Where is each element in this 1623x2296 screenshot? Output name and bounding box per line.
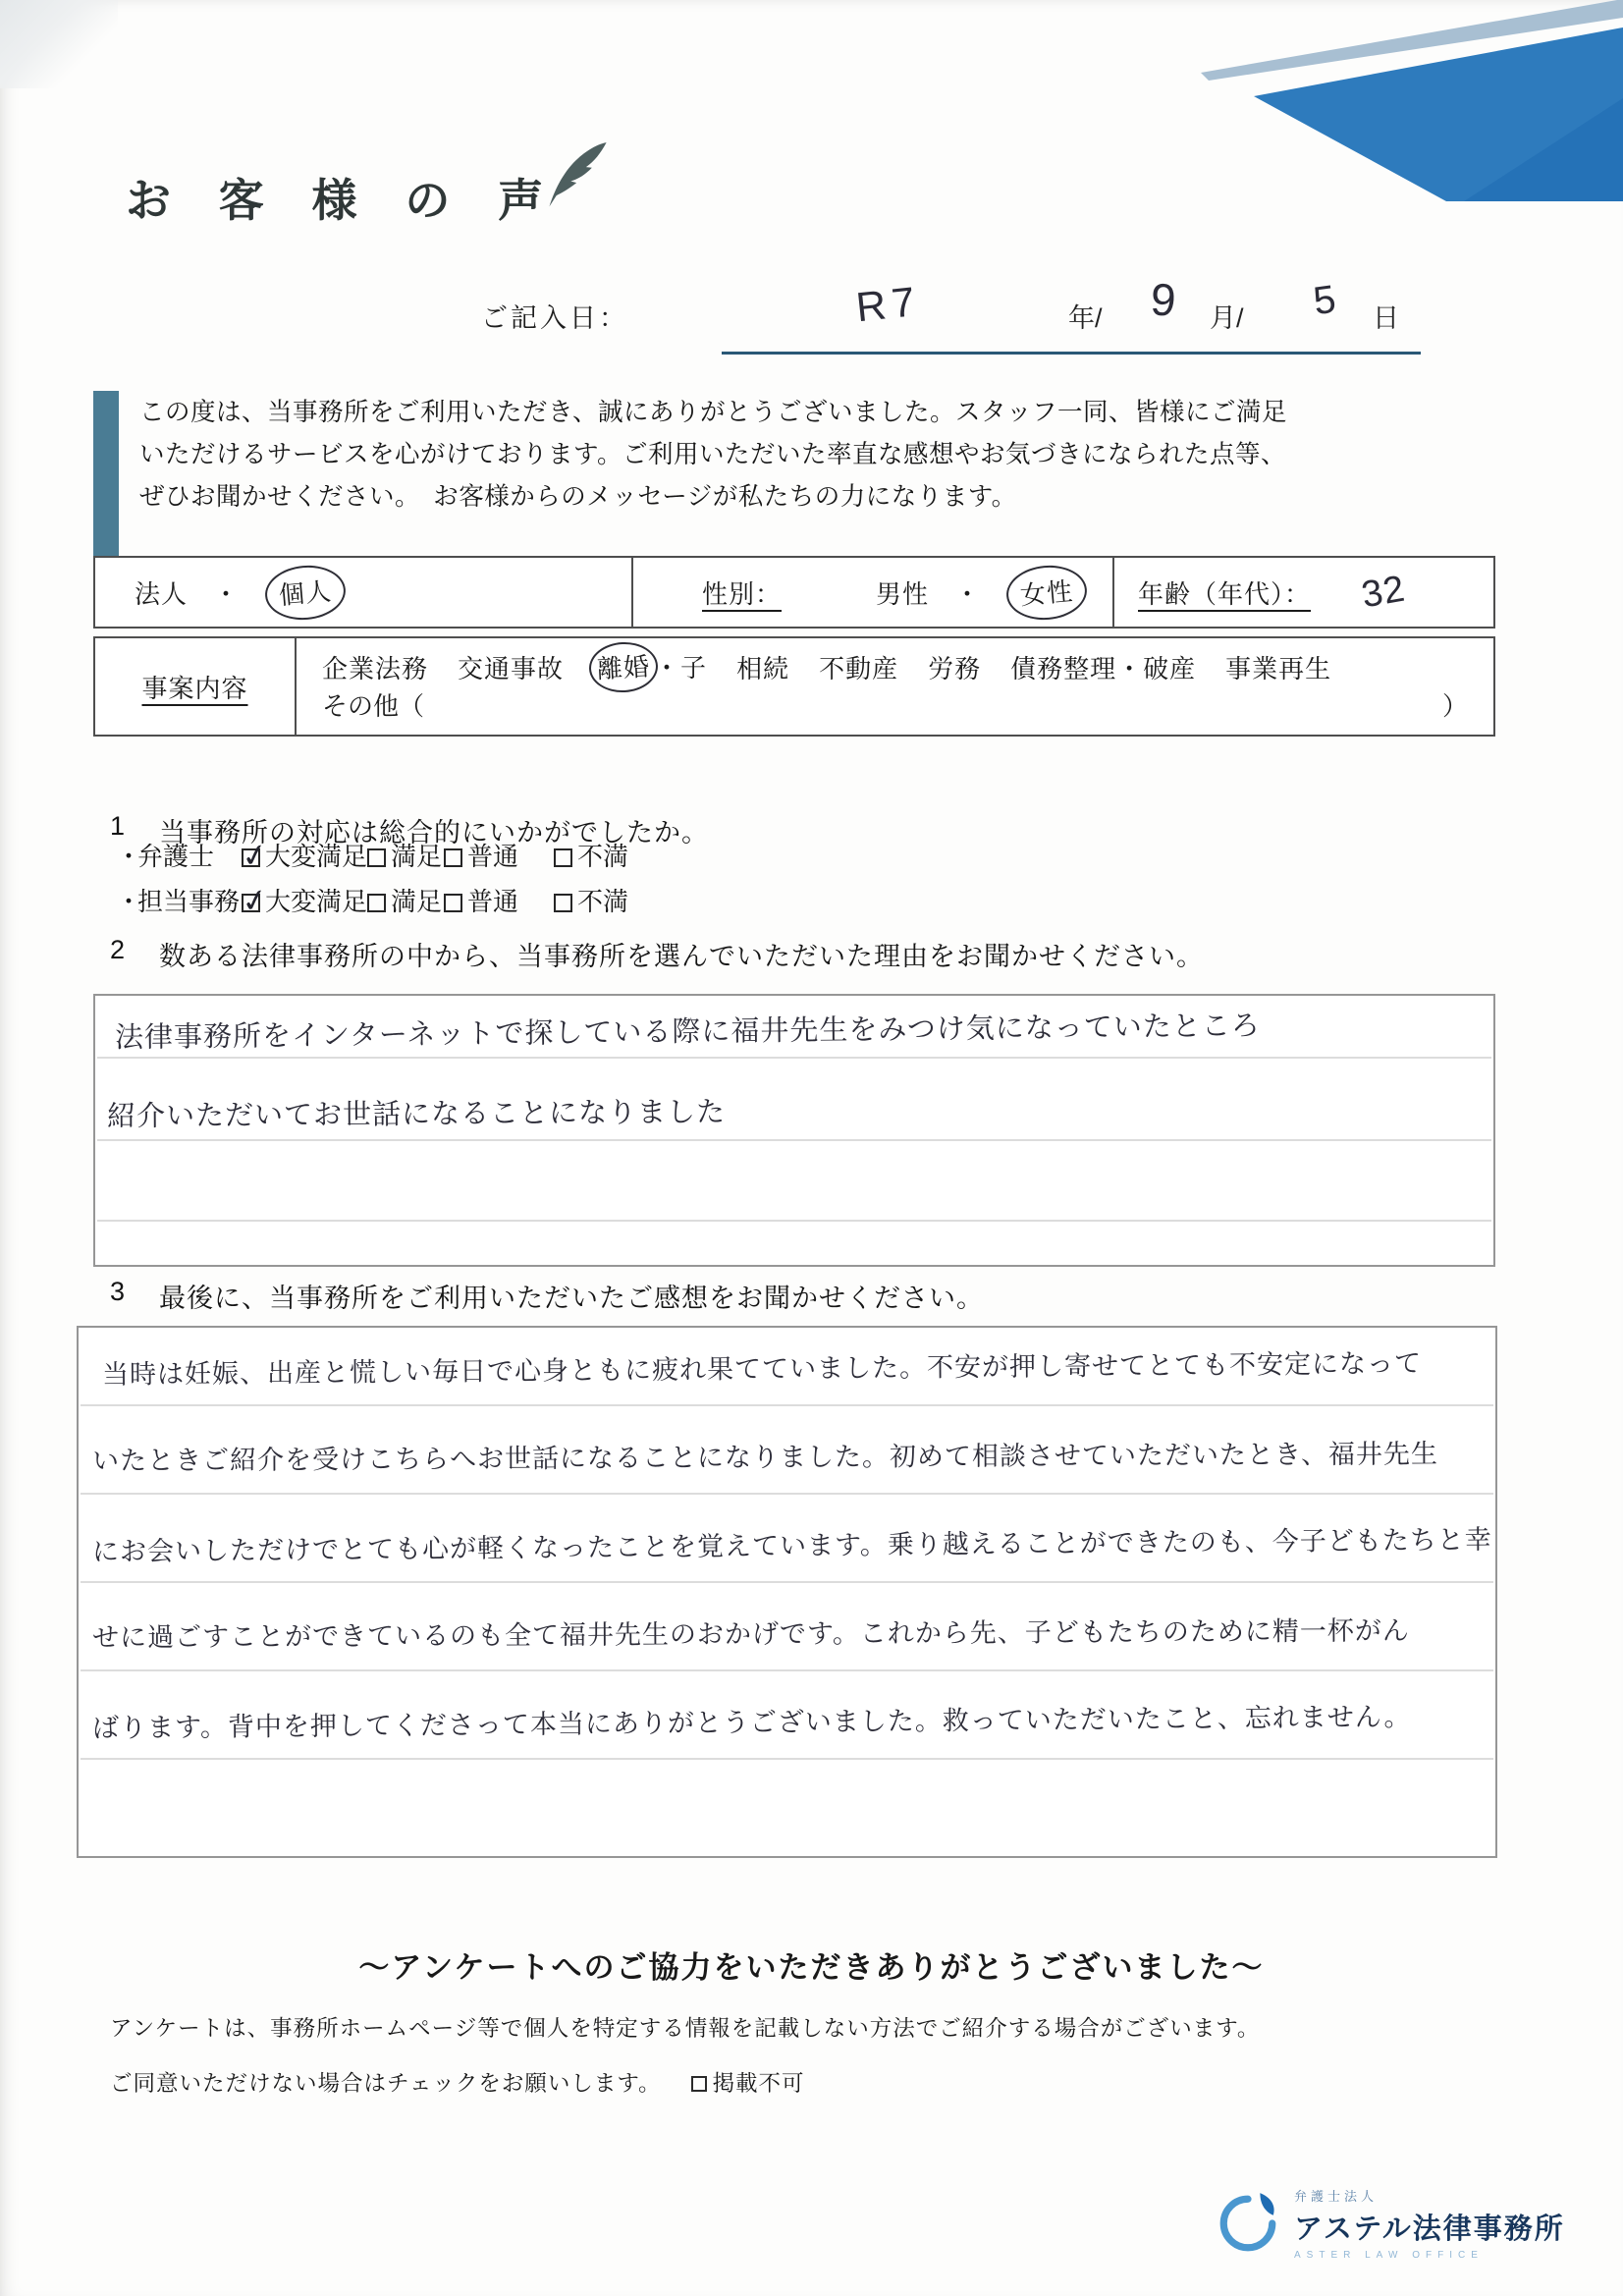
q2-text: 数ある法律事務所の中から、当事務所を選んでいただいた理由をお聞かせください。	[159, 935, 1204, 973]
q1-option: 不満	[554, 837, 711, 873]
gender-cell: 性別： 男性 ・ 女性	[633, 558, 1114, 627]
consent-note-text: ご同意いただけない場合はチェックをお願いします。	[110, 2071, 662, 2096]
profile-row-1: 法人 ・ 個人 性別： 男性 ・ 女性 年齢（年代）： 32	[93, 556, 1495, 629]
scan-smudge	[0, 0, 118, 88]
q1-row-staff: ・ 担当事務 大変満足 満足 普通 不満	[116, 882, 711, 918]
case-label-cell: 事案内容	[95, 638, 297, 735]
firm-name: アステル法律事務所	[1294, 2207, 1565, 2247]
gender-option-female-circled: 女性	[1004, 562, 1089, 623]
option-label: 普通	[467, 842, 518, 871]
date-underline	[722, 352, 1421, 355]
case-option: 相続	[736, 649, 789, 685]
q1-row-lawyer: ・ 弁護士 大変満足 満足 普通 不満	[116, 837, 711, 873]
handwritten-line: 当時は妊娠、出産と慌しい毎日で心身ともに疲れ果てていました。不安が押し寄せてとて…	[102, 1341, 1422, 1392]
case-other-open: その他（	[322, 686, 424, 723]
intro-line: いただけるサービスを心がけております。ご利用いただいた率直な感想やお気づきになら…	[139, 434, 1287, 476]
no-publish-label: 掲載不可	[713, 2071, 805, 2096]
entity-option-individual-circled: 個人	[263, 562, 348, 623]
q1-row-label: 弁護士	[137, 837, 242, 873]
firm-logo-mark-icon	[1216, 2191, 1280, 2256]
q3-answer-box: 当時は妊娠、出産と慌しい毎日で心身ともに疲れ果てていました。不安が押し寄せてとて…	[77, 1326, 1497, 1858]
option-label: 不満	[577, 887, 628, 916]
case-option: 事業再生	[1225, 649, 1331, 685]
option-label: 満足	[391, 842, 442, 871]
option-label: 不満	[577, 842, 628, 871]
date-year-suffix: 年/	[1068, 297, 1103, 335]
option-label: 普通	[467, 887, 518, 916]
checkbox-icon	[444, 848, 462, 867]
q1-option: 満足	[367, 882, 444, 918]
intro-paragraph: この度は、当事務所をご利用いただき、誠にありがとうございました。スタッフ一同、皆…	[139, 392, 1287, 519]
q2-number: 2	[110, 935, 125, 965]
age-cell: 年齢（年代）： 32	[1114, 558, 1493, 627]
profile-row-2: 事案内容 企業法務 交通事故 離婚・子 相続 不動産 労務 債務整理・破産 事業…	[93, 636, 1495, 737]
q3-number: 3	[110, 1277, 125, 1307]
handwritten-line: 紹介いただいてお世話になることになりました	[107, 1090, 726, 1134]
case-option: 企業法務	[322, 649, 428, 685]
case-option-divorce-suffix: ・子	[654, 653, 707, 683]
checkbox-icon	[554, 894, 572, 912]
date-month-handwritten: 9	[1149, 272, 1177, 327]
handwritten-line: せに過ごすことができているのも全て福井先生のおかげです。これから先、子どもたちの…	[92, 1609, 1410, 1654]
case-options-line: 企業法務 交通事故 離婚・子 相続 不動産 労務 債務整理・破産 事業再生	[322, 648, 1468, 686]
q1-option: 大変満足	[242, 837, 367, 873]
case-option: 債務整理・破産	[1010, 649, 1196, 685]
ruled-line	[81, 1758, 1493, 1760]
ruled-line	[97, 1139, 1491, 1141]
age-label: 年齢（年代）：	[1138, 574, 1311, 611]
ruled-line	[97, 1057, 1491, 1059]
ruled-line	[81, 1669, 1493, 1671]
option-label: 満足	[391, 887, 442, 916]
date-month-suffix: 月/	[1210, 297, 1244, 335]
intro-line: ぜひお聞かせください。 お客様からのメッセージが私たちの力になります。	[139, 476, 1287, 519]
checkbox-icon	[367, 894, 386, 912]
intro-line: この度は、当事務所をご利用いただき、誠にありがとうございました。スタッフ一同、皆…	[139, 392, 1287, 434]
ruled-line	[97, 1220, 1491, 1222]
handwritten-line: ばります。背中を押してくださって本当にありがとうございました。救っていただいたこ…	[92, 1695, 1412, 1745]
case-other-close: ）	[1442, 686, 1468, 723]
case-option: 労務	[928, 649, 981, 685]
case-label: 事案内容	[141, 669, 247, 705]
firm-name-en: ASTER LAW OFFICE	[1294, 2250, 1565, 2261]
q1-option: 不満	[554, 882, 711, 918]
entity-cell: 法人 ・ 個人	[95, 558, 633, 627]
option-label: 大変満足	[265, 887, 367, 916]
privacy-note: アンケートは、事務所ホームページ等で個人を特定する情報を記載しない方法でご紹介す…	[110, 2011, 1260, 2043]
firm-logo-text: 弁護士法人 アステル法律事務所 ASTER LAW OFFICE	[1294, 2186, 1565, 2261]
checkbox-icon	[242, 848, 260, 867]
case-option: 不動産	[819, 649, 898, 685]
q1-option: 大変満足	[242, 882, 367, 918]
q1-option: 普通	[444, 882, 554, 918]
age-value-handwritten: 32	[1359, 568, 1409, 617]
no-publish-checkbox-icon	[691, 2076, 707, 2092]
date-label: ご記入日：	[481, 297, 628, 335]
row-bullet: ・	[116, 837, 137, 873]
entity-option-corporate: 法人	[135, 574, 188, 611]
case-other-line: その他（ ）	[322, 686, 1468, 729]
q2-answer-box: 法律事務所をインターネットで探している際に福井先生をみつけ気になっていたところ …	[93, 994, 1495, 1267]
q3-text: 最後に、当事務所をご利用いただいたご感想をお聞かせください。	[159, 1277, 984, 1315]
q1-option: 普通	[444, 837, 554, 873]
date-day-handwritten: 5	[1311, 278, 1338, 325]
corner-ribbon-decoration	[1201, 0, 1623, 201]
handwritten-line: 法律事務所をインターネットで探している際に福井先生をみつけ気になっていたところ	[115, 1004, 1261, 1056]
q1-row-label: 担当事務	[137, 882, 242, 918]
date-era-handwritten: R7	[854, 278, 923, 332]
thanks-message: ～アンケートへのご協力をいただきありがとうございました～	[0, 1942, 1623, 1987]
checkbox-icon	[554, 848, 572, 867]
ruled-line	[81, 1404, 1493, 1406]
case-option: 離婚・子	[593, 648, 707, 686]
ruled-line	[81, 1581, 1493, 1583]
gender-label: 性別：	[702, 574, 782, 611]
q1-option: 満足	[367, 837, 444, 873]
scanned-survey-page: お 客 様 の 声 ご記入日： R7 年/ 9 月/ 5 日 この度は、当事務所…	[0, 0, 1623, 2296]
checkbox-icon	[444, 894, 462, 912]
handwritten-line: にお会いしただけでとても心が軽くなったことを覚えています。乗り越えることができた…	[92, 1518, 1492, 1568]
consent-note: ご同意いただけない場合はチェックをお願いします。掲載不可	[110, 2066, 805, 2098]
handwritten-line: いたときご紹介を受けこちらへお世話になることになりました。初めて相談させていただ…	[92, 1432, 1438, 1477]
date-day-suffix: 日	[1373, 297, 1399, 335]
separator-dot: ・	[954, 574, 981, 611]
separator-dot: ・	[213, 574, 240, 611]
case-option: 交通事故	[458, 649, 564, 685]
page-title: お 客 様 の 声	[126, 165, 561, 230]
checkbox-icon	[367, 848, 386, 867]
firm-logo: 弁護士法人 アステル法律事務所 ASTER LAW OFFICE	[1216, 2186, 1565, 2261]
checkbox-icon	[242, 894, 260, 912]
option-label: 大変満足	[265, 842, 367, 871]
ruled-line	[81, 1493, 1493, 1495]
feather-icon	[542, 133, 609, 217]
intro-accent-bar	[93, 391, 119, 564]
row-bullet: ・	[116, 882, 137, 918]
firm-type: 弁護士法人	[1294, 2186, 1565, 2205]
case-options-cell: 企業法務 交通事故 離婚・子 相続 不動産 労務 債務整理・破産 事業再生 その…	[297, 638, 1493, 735]
gender-option-male: 男性	[876, 574, 929, 611]
